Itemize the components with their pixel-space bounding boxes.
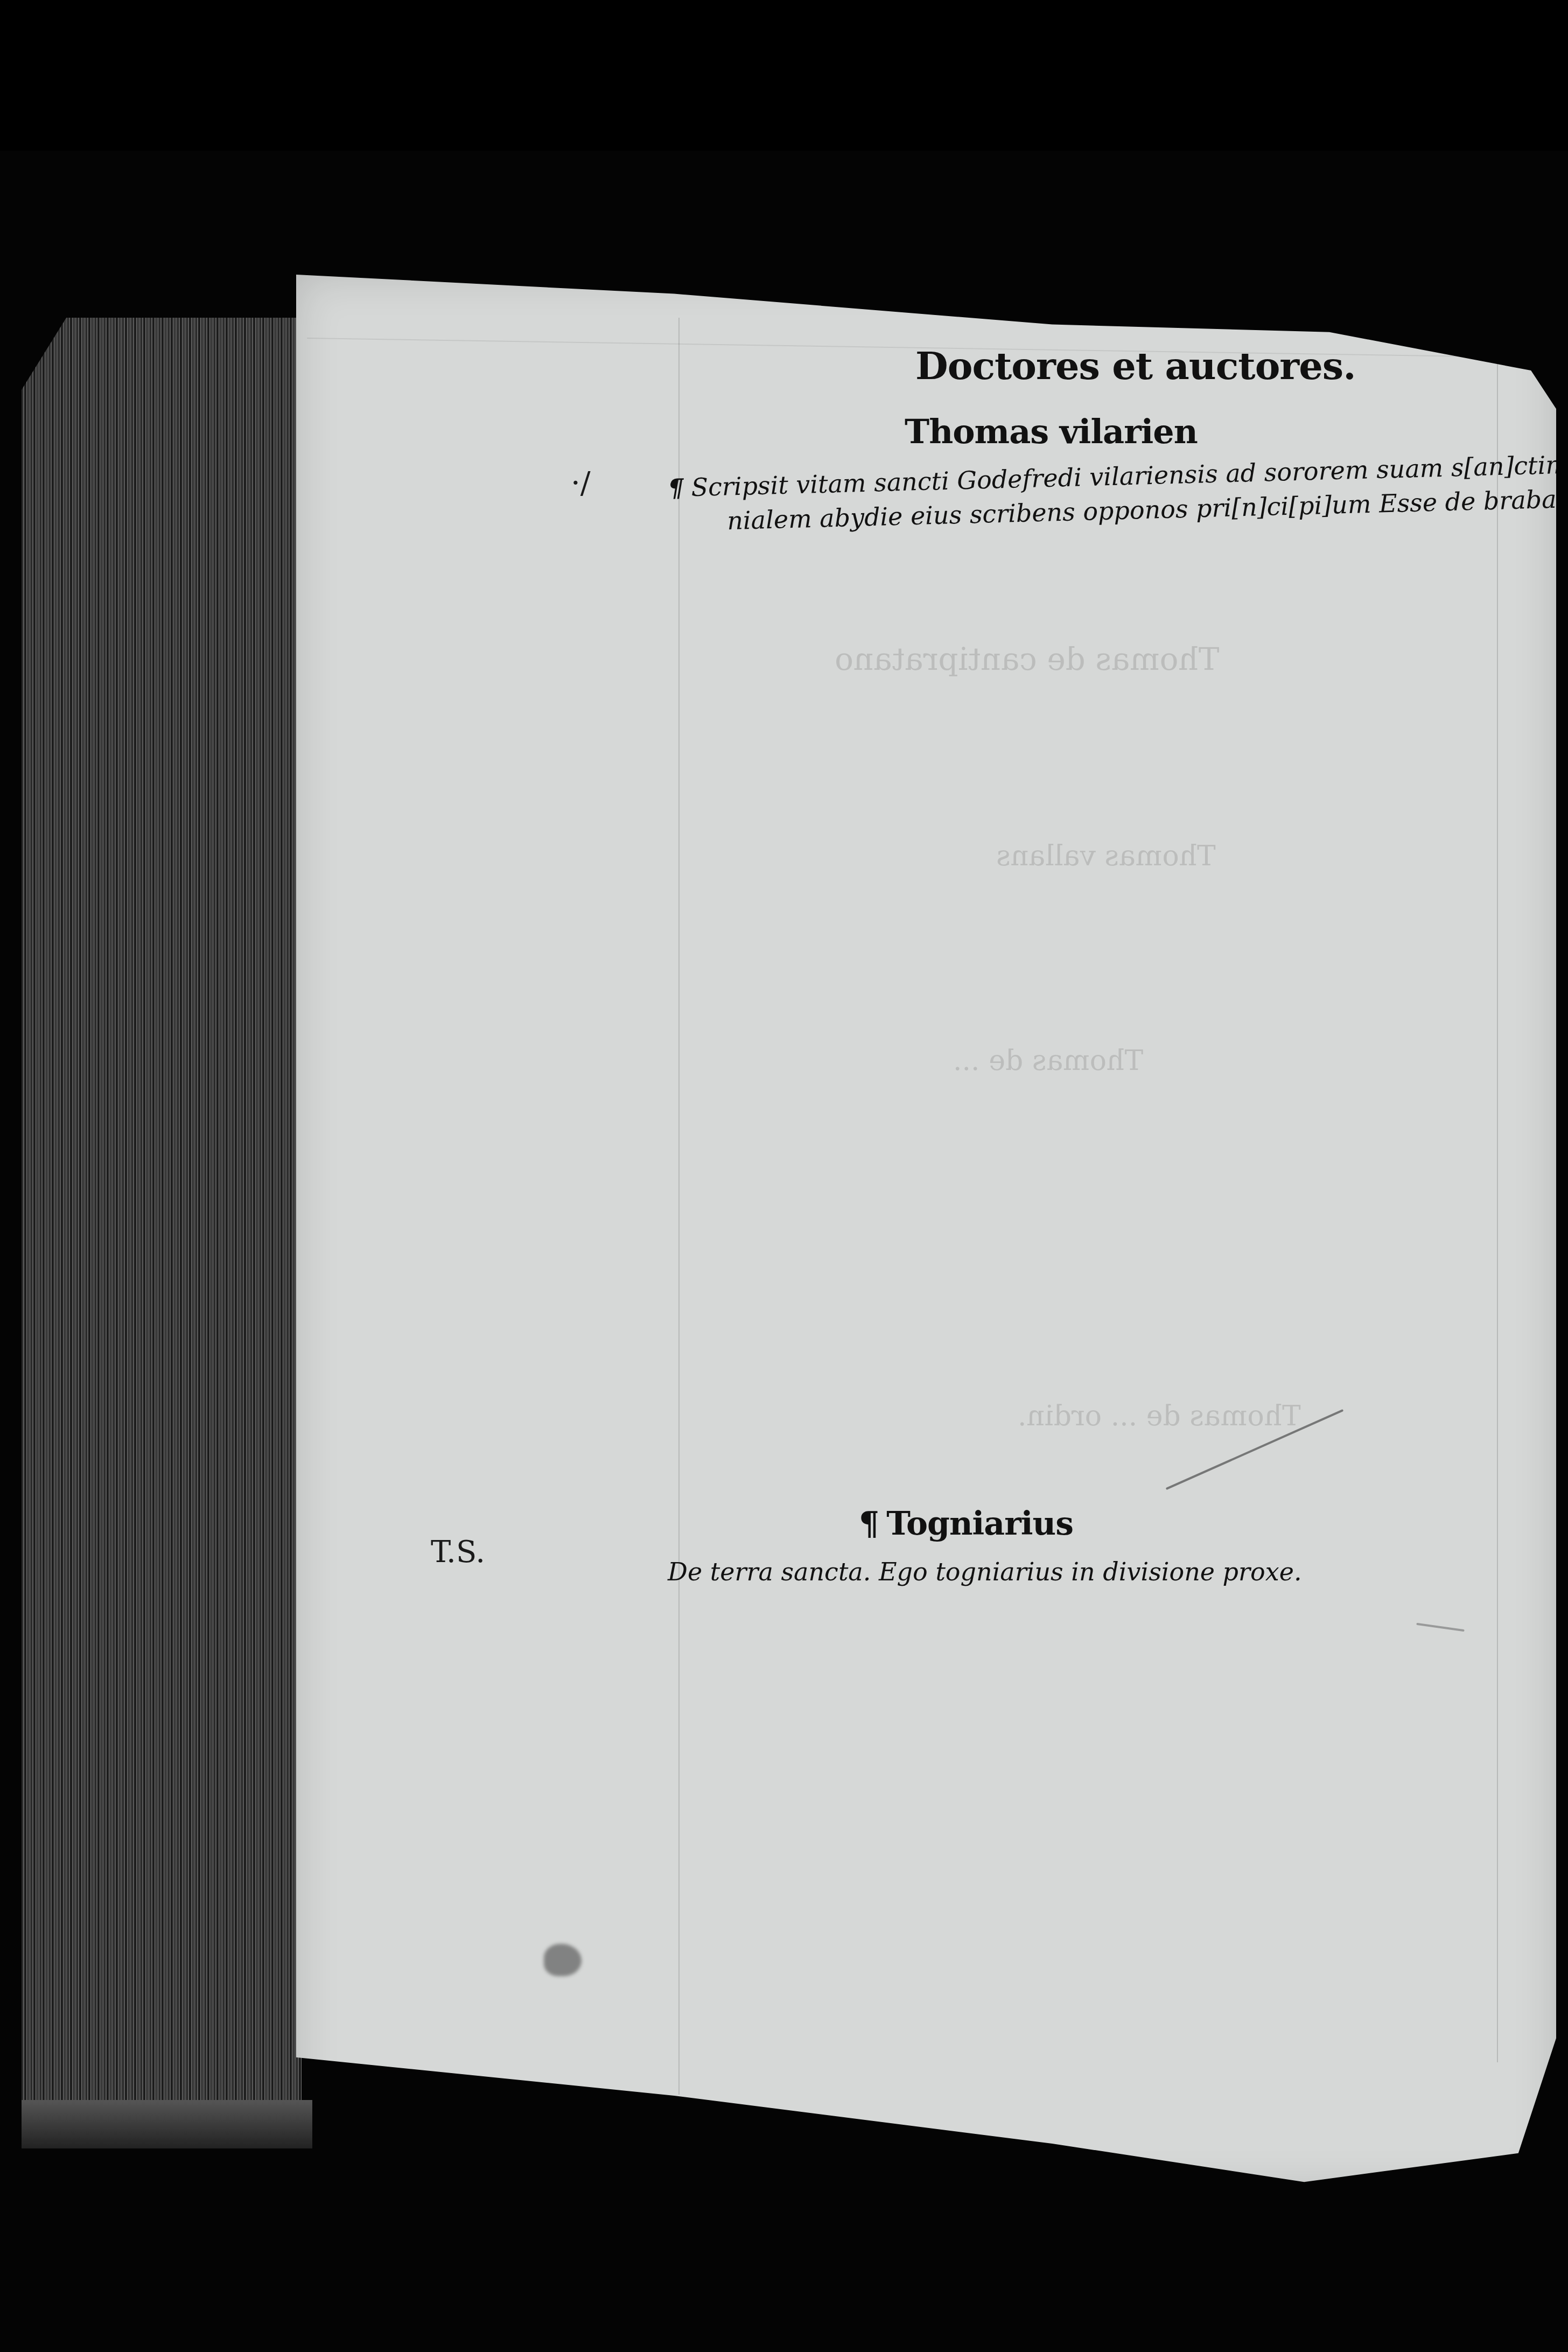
running-heading: Doctores et auctores. (915, 344, 1356, 388)
show-through-text: Thomas de ... (953, 1045, 1143, 1077)
open-book: Thomas de cantipratano Thomas vallans Th… (22, 269, 1556, 2197)
show-through-text: Thomas vallans (996, 840, 1216, 872)
margin-mark: ·/ (571, 466, 591, 501)
pilcrow-icon: ¶ (668, 473, 684, 503)
margin-mark: T.S. (431, 1535, 485, 1570)
ruling-line-vertical-right (1497, 339, 1498, 2062)
pilcrow-icon: ¶ (859, 1505, 879, 1543)
photo-background-top (0, 0, 1568, 151)
manuscript-page: Thomas de cantipratano Thomas vallans Th… (296, 275, 1556, 2192)
show-through-text: Thomas de ... ordin. (1018, 1400, 1301, 1432)
tilde-mark (1416, 1623, 1465, 1632)
ink-stain (544, 1944, 582, 1976)
entry-author-heading: Thomas vilarien (905, 412, 1198, 451)
book-fore-edge (22, 318, 302, 2122)
entry-author-heading: ¶Togniarius (859, 1505, 1073, 1543)
entry-text-line: De terra sancta. Ego togniarius in divis… (668, 1556, 1302, 1587)
show-through-text: Thomas de cantipratano (835, 641, 1220, 677)
book-fore-edge-base (22, 2100, 312, 2148)
ruling-line-vertical-left (678, 318, 680, 2095)
